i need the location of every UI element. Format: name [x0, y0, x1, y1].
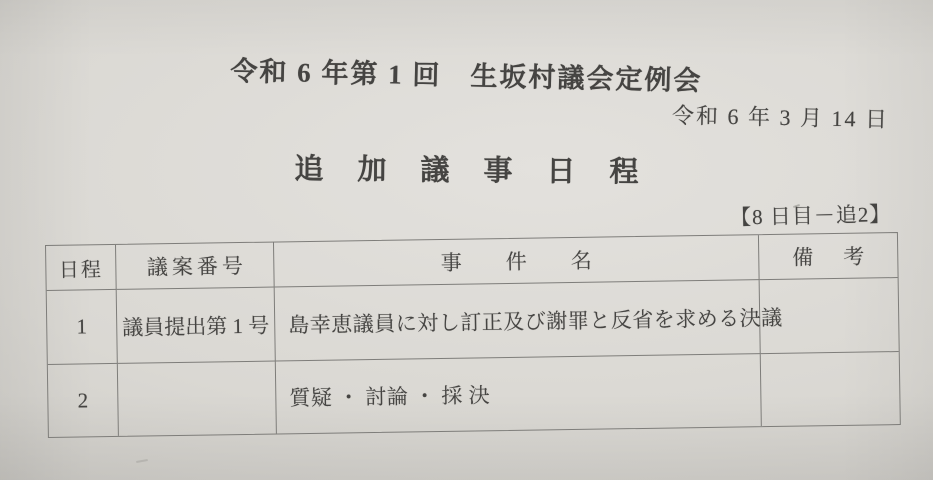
session-day-label: 【8 日目－追2】 — [729, 198, 891, 232]
row-2-remarks — [761, 352, 900, 426]
row-2-bill-number — [118, 362, 277, 436]
col-header-case-name: 事件名 — [274, 235, 760, 287]
row-1-case-name: 島幸恵議員に対し訂正及び謝罪と反省を求める決議 — [275, 280, 761, 361]
row-1-remarks — [760, 278, 899, 354]
scan-artifact — [136, 459, 148, 463]
row-1-schedule: 1 — [47, 290, 118, 365]
row-2-case-name: 質疑 ・ 討論 ・ 採 決 — [276, 354, 762, 433]
col-header-schedule: 日程 — [46, 245, 117, 291]
row-2-schedule: 2 — [48, 364, 119, 437]
document-date: 令和 6 年 3 月 14 日 — [672, 99, 890, 134]
col-header-remarks: 備考 — [759, 233, 898, 280]
document-title: 令和 6 年第 1 回 生坂村議会定例会 — [0, 44, 933, 103]
scanned-document-page: 令和 6 年第 1 回 生坂村議会定例会 令和 6 年 3 月 14 日 追加議… — [0, 0, 933, 480]
row-1-bill-number: 議員提出第 1 号 — [117, 288, 276, 364]
agenda-table: 日程 議案番号 事件名 備考 1 議員提出第 1 号 島幸恵議員に対し訂正及び謝… — [45, 232, 901, 438]
col-header-bill-number: 議案番号 — [116, 243, 275, 290]
agenda-heading: 追加議事日程 — [0, 144, 933, 193]
